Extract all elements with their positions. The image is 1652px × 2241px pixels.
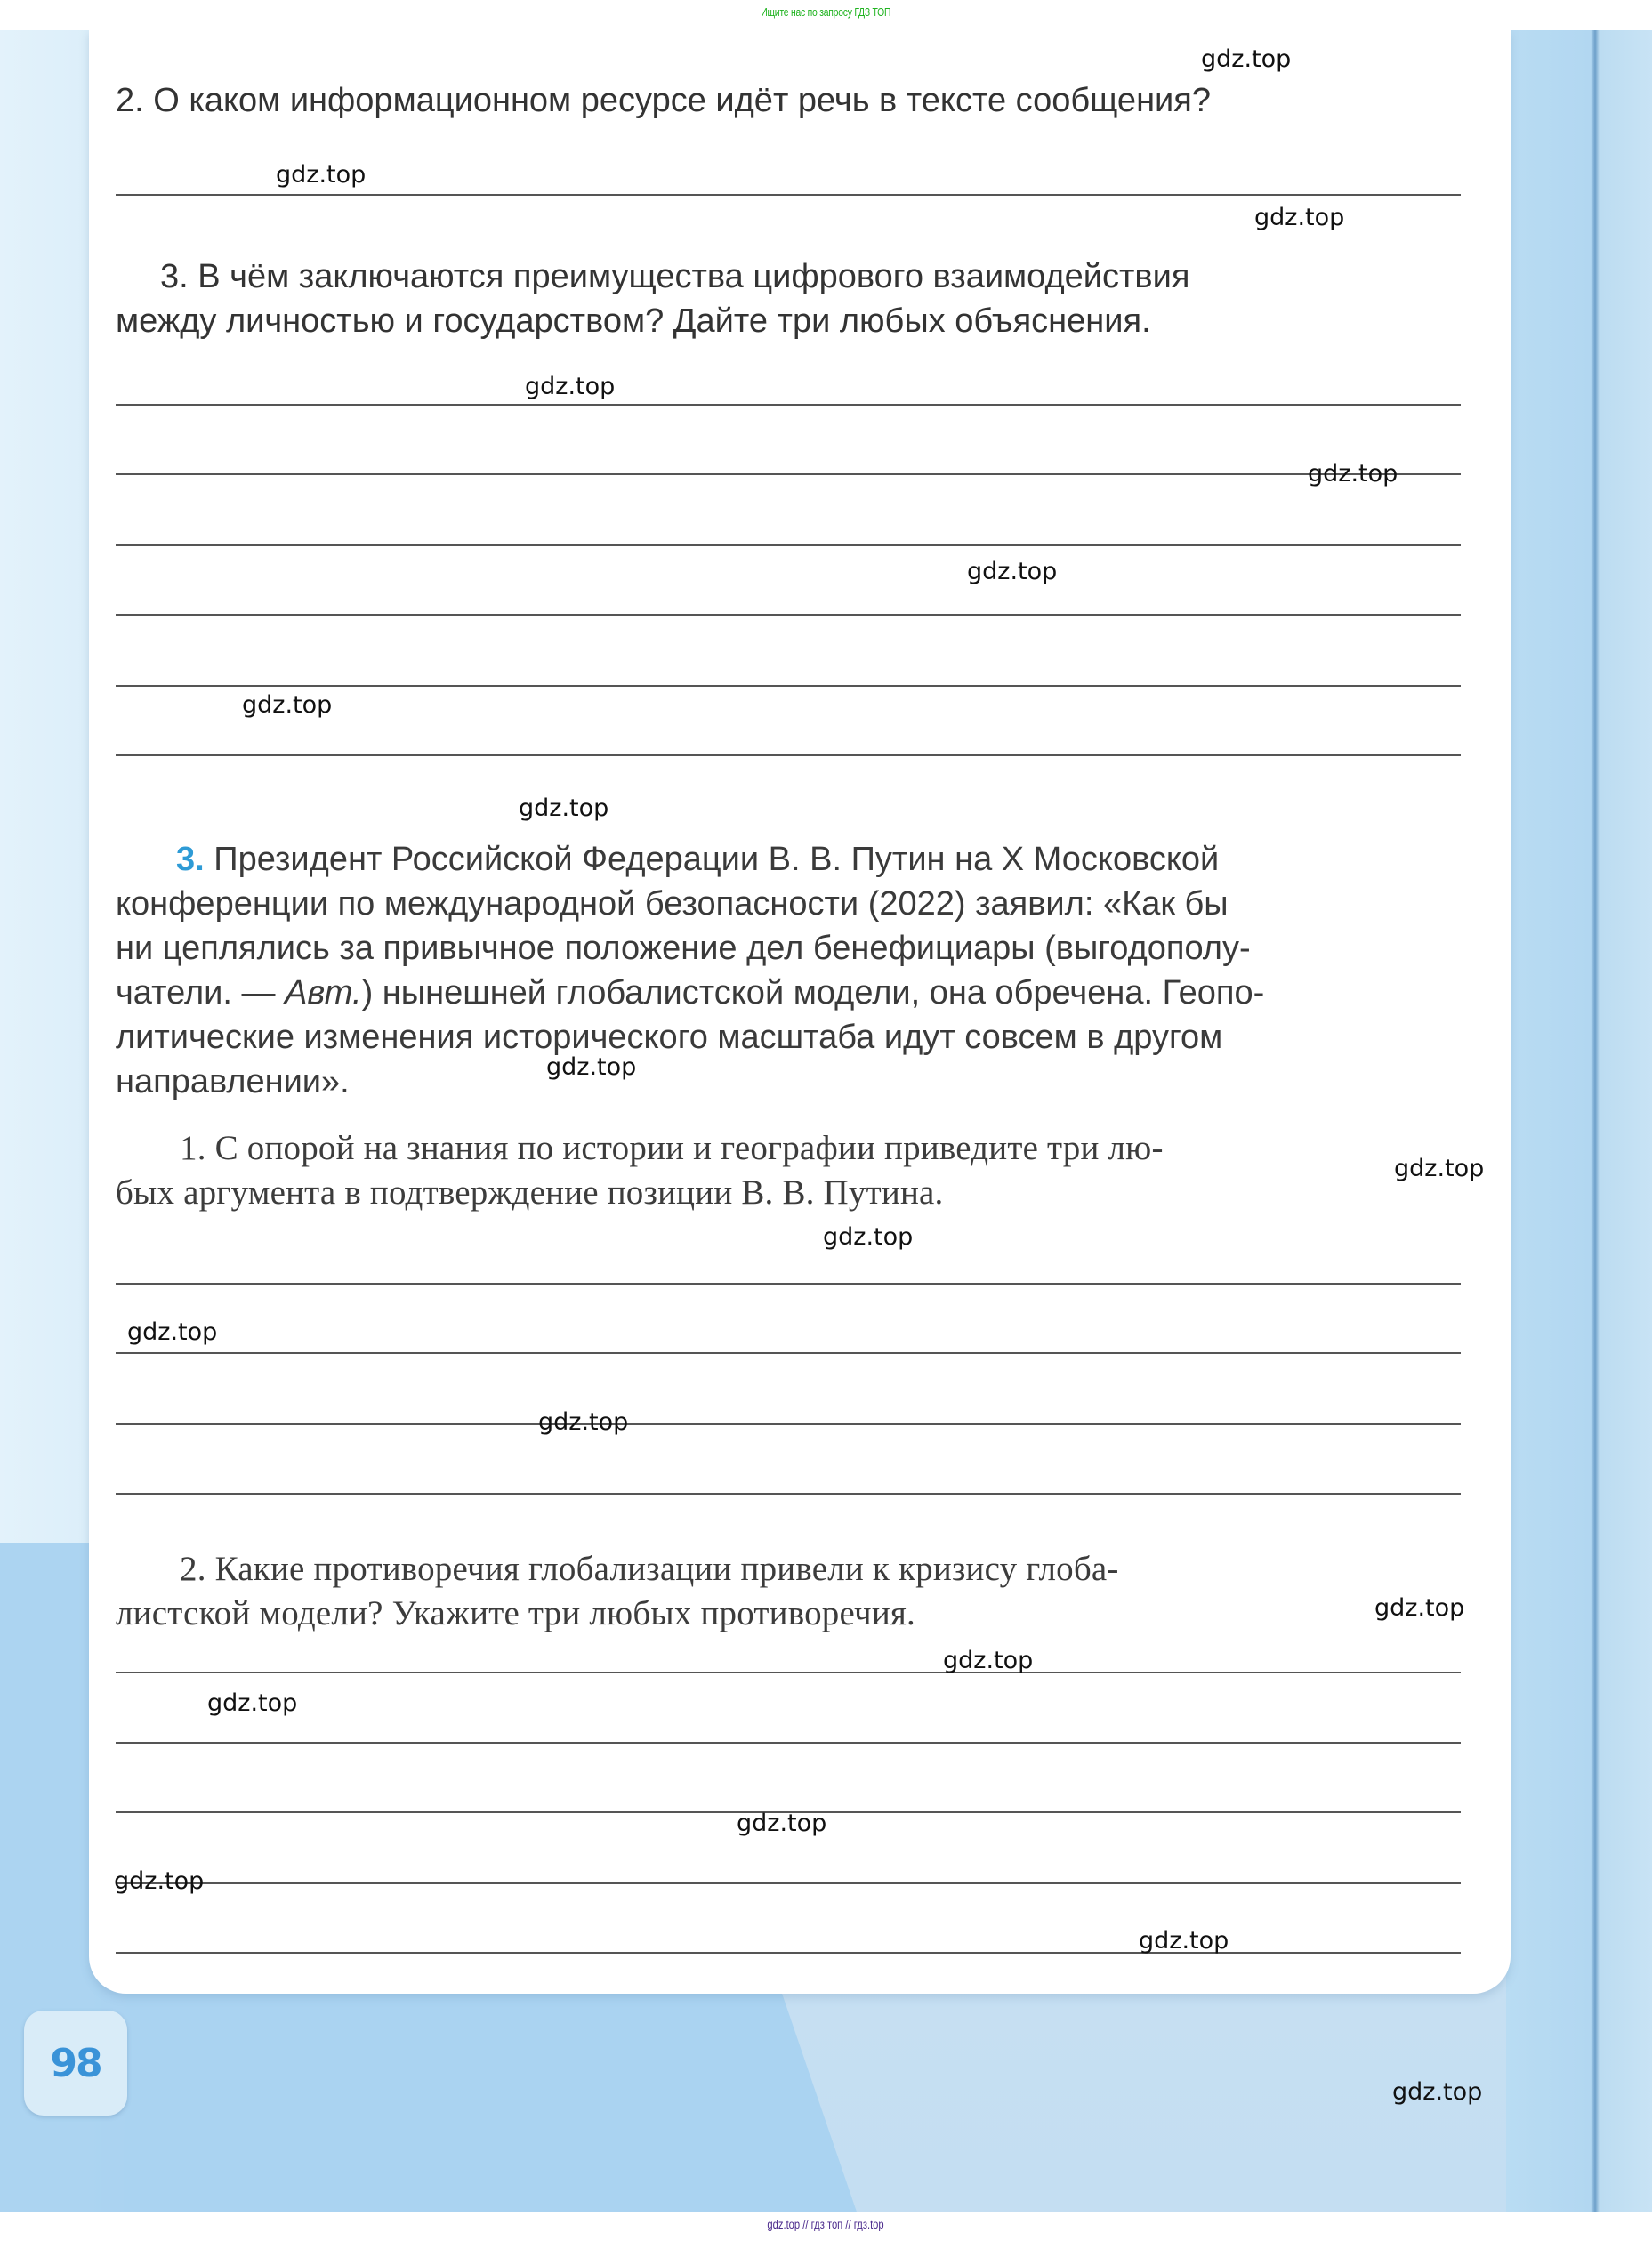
task-3-paragraph: 3. Президент Российской Федерации В. В. … xyxy=(116,837,1490,1104)
watermark: gdz.top xyxy=(538,1409,628,1436)
watermark: gdz.top xyxy=(519,795,608,822)
watermark: gdz.top xyxy=(737,1810,826,1837)
task-3-text: Президент Российской Федерации В. В. Пут… xyxy=(214,841,1219,878)
author-abbrev: Авт. xyxy=(285,974,362,1012)
task-3-text: чатели. — xyxy=(116,974,285,1012)
worksheet-card: 2. О каком информационном ресурсе идёт р… xyxy=(89,30,1511,1994)
textbook-page: 2. О каком информационном ресурсе идёт р… xyxy=(0,30,1652,2212)
watermark: gdz.top xyxy=(127,1319,217,1346)
question-3-line-2: между личностью и государством? Дайте тр… xyxy=(116,299,1486,343)
answer-line[interactable] xyxy=(116,473,1461,475)
watermark: gdz.top xyxy=(1394,1156,1484,1182)
task-3-question-1: 1. С опорой на знания по истории и геогр… xyxy=(116,1126,1490,1215)
bottom-banner: gdz.top // гдз топ // гдз.top xyxy=(0,2212,1652,2241)
task-3-question-2-line-2: листской модели? Укажите три любых проти… xyxy=(116,1592,1490,1636)
watermark: gdz.top xyxy=(276,162,366,189)
task-3-question-2-line-1: 2. Какие противоречия глобализации приве… xyxy=(116,1547,1490,1592)
answer-line[interactable] xyxy=(116,1423,1461,1425)
answer-line[interactable] xyxy=(116,1283,1461,1285)
answer-line[interactable] xyxy=(116,1352,1461,1354)
task-3-line-1: 3. Президент Российской Федерации В. В. … xyxy=(116,837,1490,882)
task-3-text: ) нынешней глобалистской модели, она обр… xyxy=(362,974,1265,1012)
task-3-question-1-line-2: бых аргумента в подтверждение позиции В.… xyxy=(116,1171,1490,1215)
task-3-line-4: чатели. — Авт.) нынешней глобалистской м… xyxy=(116,971,1490,1015)
watermark: gdz.top xyxy=(1374,1595,1464,1622)
task-3-line-5: литические изменения исторического масшт… xyxy=(116,1015,1490,1060)
watermark: gdz.top xyxy=(207,1690,297,1717)
answer-line[interactable] xyxy=(116,544,1461,546)
answer-line[interactable] xyxy=(116,1742,1461,1744)
task-3-line-6: направлении». xyxy=(116,1060,1490,1104)
answer-line[interactable] xyxy=(116,1493,1461,1495)
book-spine-gutter xyxy=(1506,30,1652,2212)
page-number-badge: 98 xyxy=(24,2011,127,2116)
task-3-number: 3. xyxy=(176,841,205,878)
answer-line[interactable] xyxy=(116,754,1461,756)
answer-line[interactable] xyxy=(116,1952,1461,1954)
watermark: gdz.top xyxy=(1308,461,1398,488)
question-2: 2. О каком информационном ресурсе идёт р… xyxy=(116,78,1486,123)
task-3-line-3: ни цеплялись за привычное положение дел … xyxy=(116,926,1490,971)
watermark: gdz.top xyxy=(1139,1928,1229,1955)
task-3-question-2: 2. Какие противоречия глобализации приве… xyxy=(116,1547,1490,1636)
watermark: gdz.top xyxy=(1201,46,1291,73)
answer-line[interactable] xyxy=(116,1672,1461,1673)
watermark: gdz.top xyxy=(1254,205,1344,231)
top-banner: Ищите нас по запросу ГДЗ ТОП xyxy=(0,0,1652,30)
watermark: gdz.top xyxy=(823,1224,913,1251)
answer-line[interactable] xyxy=(116,404,1461,406)
question-3-text-1: 3. В чём заключаются преимущества цифров… xyxy=(116,258,1189,295)
answer-line[interactable] xyxy=(116,1882,1461,1884)
answer-line[interactable] xyxy=(116,194,1461,196)
watermark: gdz.top xyxy=(546,1054,636,1081)
bottom-banner-text: gdz.top // гдз топ // гдз.top xyxy=(768,2217,884,2231)
answer-line[interactable] xyxy=(116,614,1461,616)
watermark: gdz.top xyxy=(525,374,615,400)
watermark: gdz.top xyxy=(114,1868,204,1895)
answer-line[interactable] xyxy=(116,685,1461,687)
task-3-question-1-line-1: 1. С опорой на знания по истории и геогр… xyxy=(116,1126,1490,1171)
watermark: gdz.top xyxy=(242,692,332,719)
watermark: gdz.top xyxy=(967,559,1057,585)
watermark: gdz.top xyxy=(943,1648,1033,1674)
task-3-line-2: конференции по международной безопасност… xyxy=(116,882,1490,926)
top-banner-text: Ищите нас по запросу ГДЗ ТОП xyxy=(761,5,890,19)
page-number: 98 xyxy=(50,2041,101,2086)
watermark: gdz.top xyxy=(1392,2079,1482,2106)
question-3-line-1: 3. В чём заключаются преимущества цифров… xyxy=(116,254,1459,299)
